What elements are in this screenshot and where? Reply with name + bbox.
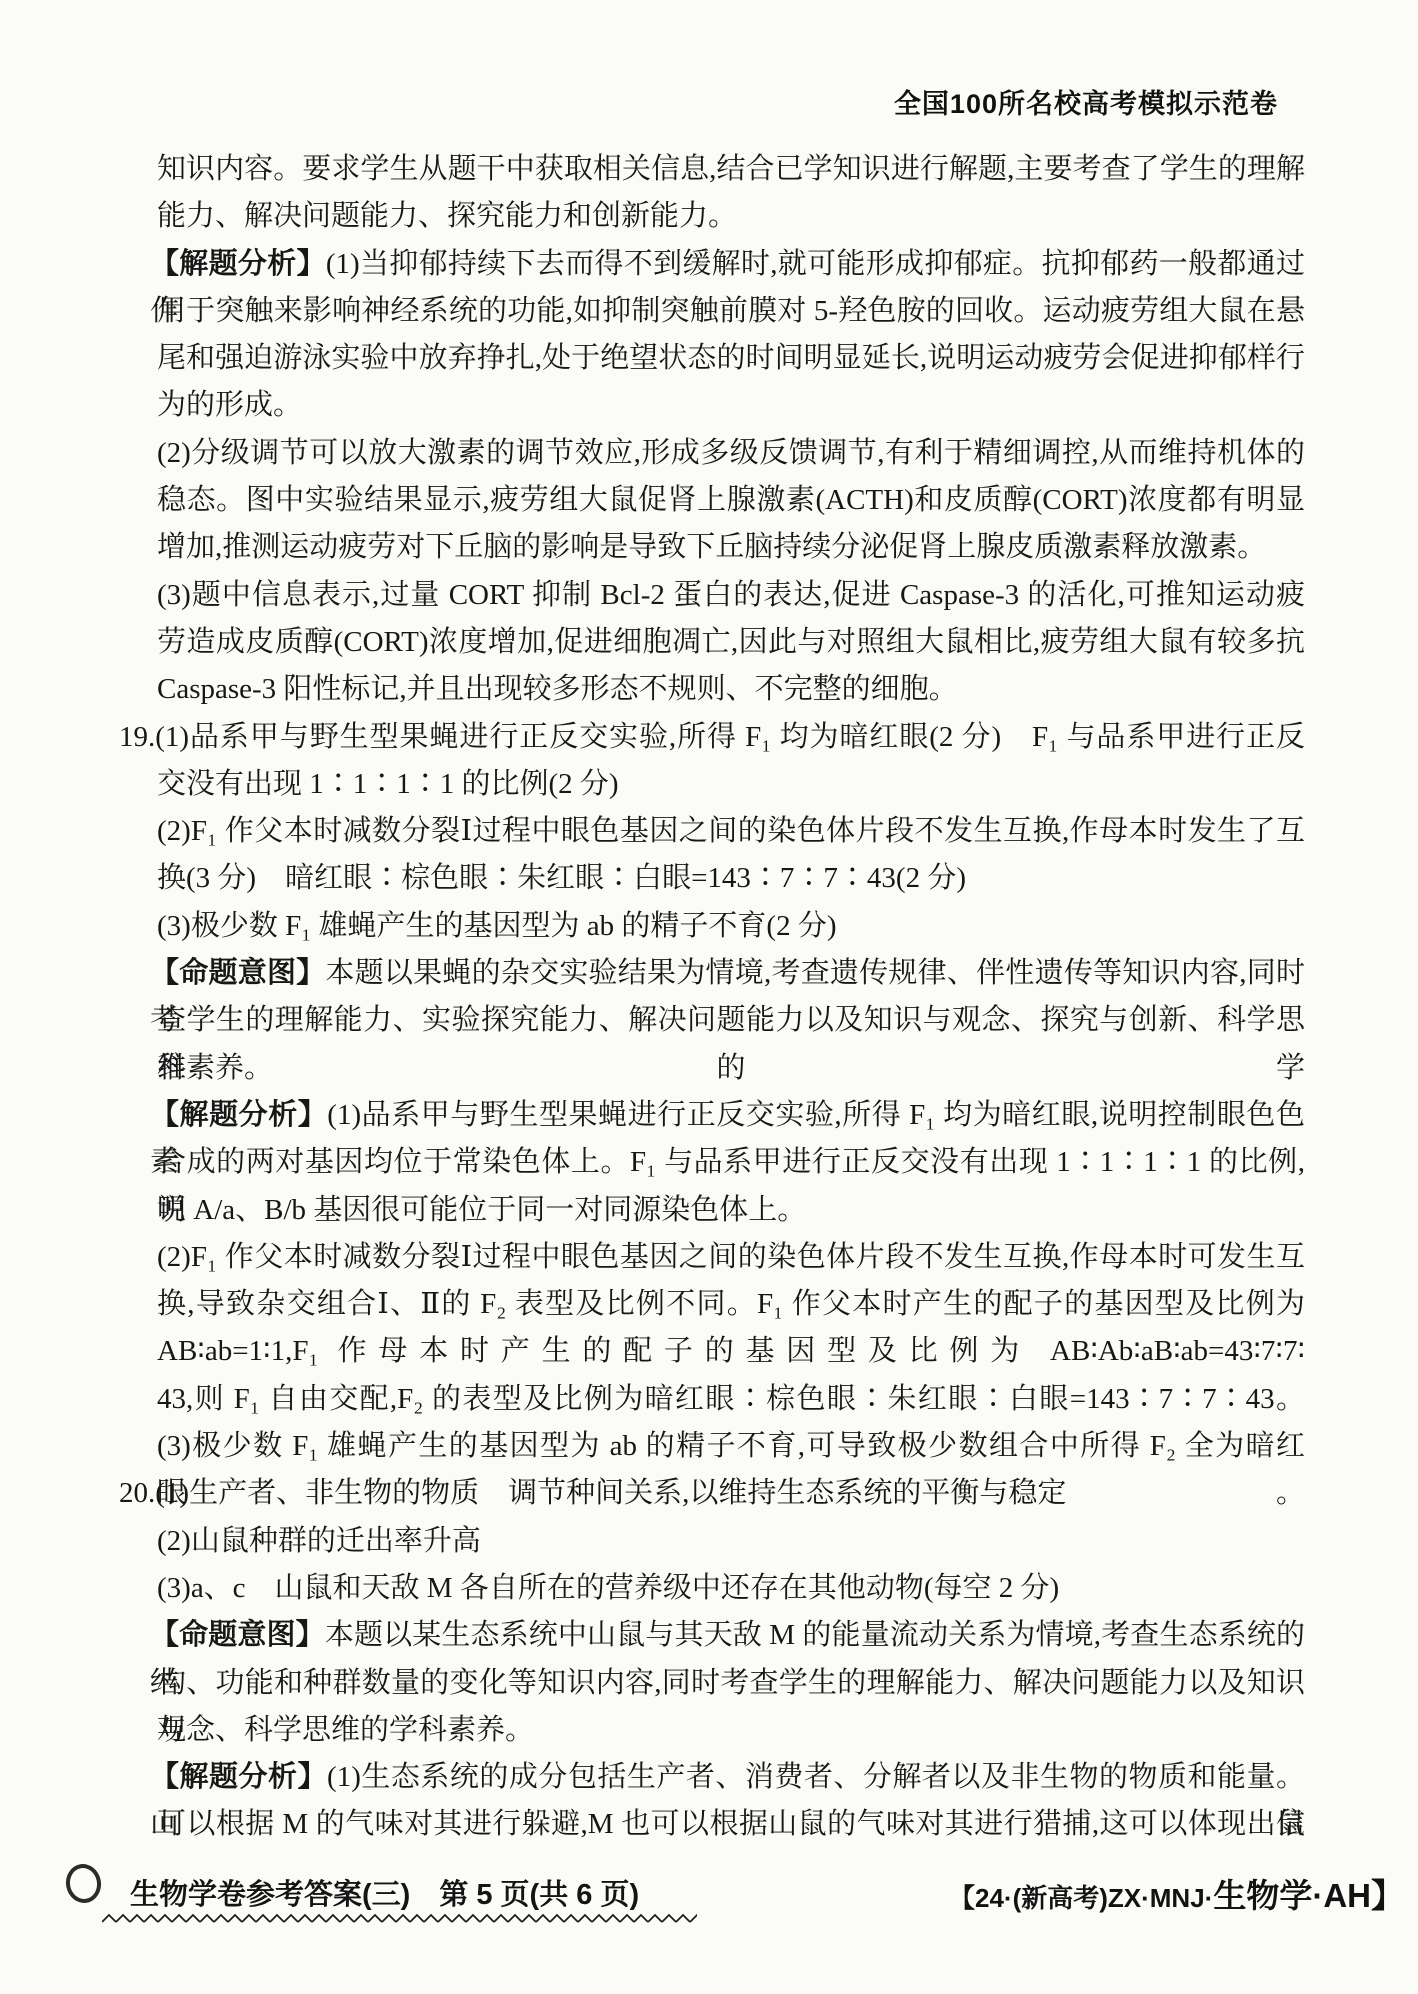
text-line: 43,则 F₁ 自由交配,F₂ 的表型及比例为暗红眼∶棕色眼∶朱红眼∶白眼=14…	[157, 1376, 1305, 1423]
text-line: 换,导致杂交组合Ⅰ、Ⅱ的 F₂ 表型及比例不同。F₁ 作父本时产生的配子的基因型…	[157, 1281, 1305, 1328]
circle-stamp-icon	[63, 1861, 104, 1905]
text-line-question-19: 19.(1)品系甲与野生型果蝇进行正反交实验,所得 F₁ 均为暗红眼(2 分) …	[119, 714, 1305, 761]
text-line: (2)分级调节可以放大激素的调节效应,形成多级反馈调节,有利于精细调控,从而维持…	[157, 430, 1305, 477]
text-line: 查学生的理解能力、实验探究能力、解决问题能力以及知识与观念、探究与创新、科学思维…	[157, 997, 1305, 1044]
text-line: 【解题分析】(1)生态系统的成分包括生产者、消费者、分解者以及非生物的物质和能量…	[150, 1754, 1305, 1801]
text-line: 明 A/a、B/b 基因很可能位于同一对同源染色体上。	[157, 1187, 1305, 1234]
text-line: 【解题分析】(1)品系甲与野生型果蝇进行正反交实验,所得 F₁ 均为暗红眼,说明…	[150, 1092, 1305, 1139]
answer-text-body: 知识内容。要求学生从题干中获取相关信息,结合已学知识进行解题,主要考查了学生的理…	[0, 146, 1418, 1849]
text-line: 合成的两对基因均位于常染色体上。F₁ 与品系甲进行正反交没有出现 1∶1∶1∶1…	[157, 1139, 1305, 1186]
text-line: (3)极少数 F₁ 雄蝇产生的基因型为 ab 的精子不育,可导致极少数组合中所得…	[157, 1423, 1305, 1470]
text-line: 构、功能和种群数量的变化等知识内容,同时考查学生的理解能力、解决问题能力以及知识…	[157, 1660, 1305, 1707]
text-line: 知识内容。要求学生从题干中获取相关信息,结合已学知识进行解题,主要考查了学生的理…	[157, 146, 1305, 193]
footer-edition-label: 【24·(新高考)ZX·MNJ·生物学·AH】	[949, 1870, 1404, 1917]
text-line: 交没有出现 1∶1∶1∶1 的比例(2 分)	[157, 761, 1305, 808]
text-line: Caspase-3 阳性标记,并且出现较多形态不规则、不完整的细胞。	[157, 666, 1305, 713]
text-line: 【解题分析】(1)当抑郁持续下去而得不到缓解时,就可能形成抑郁症。抗抑郁药一般都…	[150, 241, 1305, 288]
text-line: 【命题意图】本题以果蝇的杂交实验结果为情境,考查遗传规律、伴性遗传等知识内容,同…	[150, 950, 1305, 997]
text-line: 【命题意图】本题以某生态系统中山鼠与其天敌 M 的能量流动关系为情境,考查生态系…	[150, 1612, 1305, 1659]
text-line: 增加,推测运动疲劳对下丘脑的影响是导致下丘脑持续分泌促肾上腺皮质激素释放激素。	[157, 524, 1305, 571]
text-line: (3)题中信息表示,过量 CORT 抑制 Bcl-2 蛋白的表达,促进 Casp…	[157, 572, 1305, 619]
text-line: 尾和强迫游泳实验中放弃挣扎,处于绝望状态的时间明显延长,说明运动疲劳会促进抑郁样…	[157, 335, 1305, 382]
text-line: 用于突触来影响神经系统的功能,如抑制突触前膜对 5-羟色胺的回收。运动疲劳组大鼠…	[157, 288, 1305, 335]
text-line: 可以根据 M 的气味对其进行躲避,M 也可以根据山鼠的气味对其进行猎捕,这可以体…	[157, 1801, 1305, 1848]
text-line: (3)a、c 山鼠和天敌 M 各自所在的营养级中还存在其他动物(每空 2 分)	[157, 1565, 1305, 1612]
text-line: (2)山鼠种群的迁出率升高	[157, 1518, 1305, 1565]
wavy-underline	[102, 1912, 697, 1925]
text-line: 为的形成。	[157, 382, 1305, 429]
page-footer: 生物学卷参考答案(三) 第 5 页(共 6 页) 【24·(新高考)ZX·MNJ…	[0, 1856, 1418, 1936]
text-line: AB∶ab=1∶1,F₁ 作母本时产生的配子的基因型及比例为 AB∶Ab∶aB∶…	[157, 1328, 1305, 1375]
text-line: (2)F₁ 作父本时减数分裂Ⅰ过程中眼色基因之间的染色体片段不发生互换,作母本时…	[157, 808, 1305, 855]
scanned-answer-page: 全国100所名校高考模拟示范卷 知识内容。要求学生从题干中获取相关信息,结合已学…	[0, 0, 1418, 1994]
text-line: 观念、科学思维的学科素养。	[157, 1707, 1305, 1754]
text-line: 能力、解决问题能力、探究能力和创新能力。	[157, 193, 1305, 240]
text-line: (3)极少数 F₁ 雄蝇产生的基因型为 ab 的精子不育(2 分)	[157, 903, 1305, 950]
text-line: 换(3 分) 暗红眼∶棕色眼∶朱红眼∶白眼=143∶7∶7∶43(2 分)	[157, 855, 1305, 902]
footer-page-label: 生物学卷参考答案(三) 第 5 页(共 6 页)	[130, 1872, 639, 1913]
page-header-title: 全国100所名校高考模拟示范卷	[894, 82, 1278, 121]
text-line: (2)F₁ 作父本时减数分裂Ⅰ过程中眼色基因之间的染色体片段不发生互换,作母本时…	[157, 1234, 1305, 1281]
text-line: 稳态。图中实验结果显示,疲劳组大鼠促肾上腺激素(ACTH)和皮质醇(CORT)浓…	[157, 477, 1305, 524]
text-line: 劳造成皮质醇(CORT)浓度增加,促进细胞凋亡,因此与对照组大鼠相比,疲劳组大鼠…	[157, 619, 1305, 666]
